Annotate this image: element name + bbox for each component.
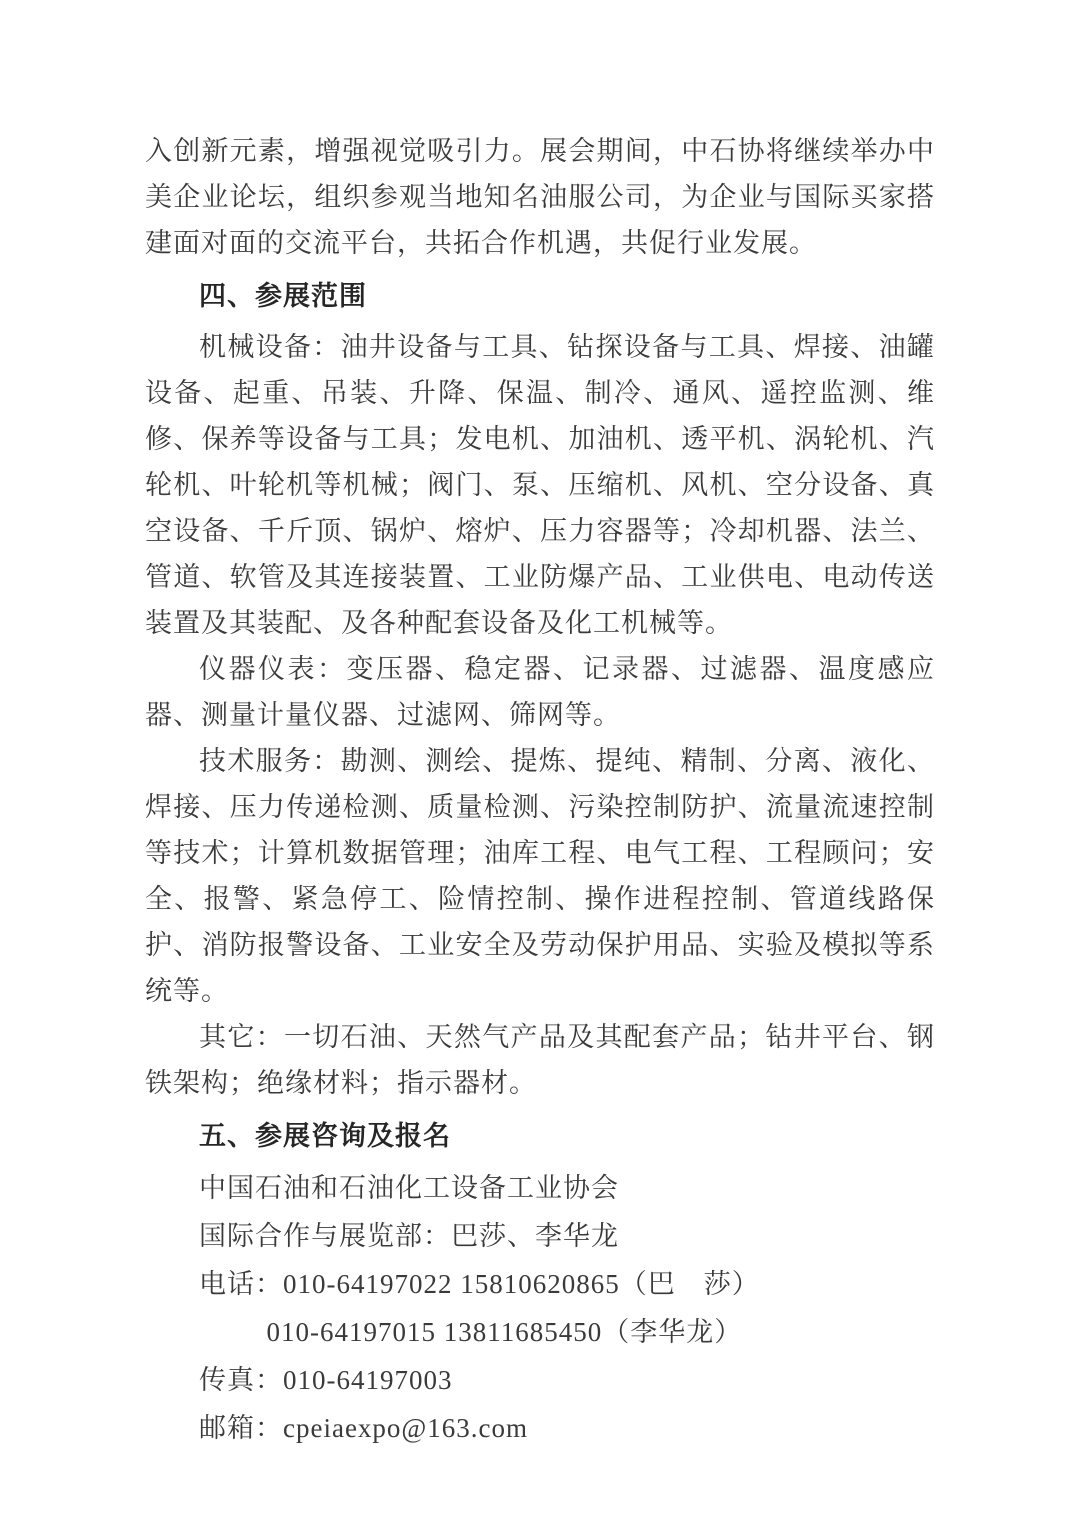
section-heading-exhibit-scope: 四、参展范围: [145, 273, 935, 319]
document-page: 入创新元素，增强视觉吸引力。展会期间，中石协将继续举办中美企业论坛，组织参观当地…: [0, 0, 1080, 1527]
contact-fax-number: 传真：010-64197003: [145, 1356, 935, 1404]
contact-department-names: 国际合作与展览部：巴莎、李华龙: [145, 1212, 935, 1260]
contact-phone-line-1: 电话：010-64197022 15810620865（巴 莎）: [145, 1260, 935, 1308]
contact-organization-name: 中国石油和石油化工设备工业协会: [145, 1164, 935, 1212]
paragraph-instruments-meters: 仪器仪表：变压器、稳定器、记录器、过滤器、温度感应器、测量计量仪器、过滤网、筛网…: [145, 646, 935, 738]
paragraph-other-products: 其它：一切石油、天然气产品及其配套产品；钻井平台、钢铁架构；绝缘材料；指示器材。: [145, 1014, 935, 1106]
contact-phone-line-2: 010-64197015 13811685450（李华龙）: [145, 1308, 935, 1356]
contact-email-address: 邮箱：cpeiaexpo@163.com: [145, 1404, 935, 1452]
paragraph-technical-services: 技术服务：勘测、测绘、提炼、提纯、精制、分离、液化、焊接、压力传递检测、质量检测…: [145, 738, 935, 1014]
paragraph-machinery-equipment: 机械设备：油井设备与工具、钻探设备与工具、焊接、油罐设备、起重、吊装、升降、保温…: [145, 324, 935, 646]
paragraph-intro-continuation: 入创新元素，增强视觉吸引力。展会期间，中石协将继续举办中美企业论坛，组织参观当地…: [145, 128, 935, 266]
document-content: 入创新元素，增强视觉吸引力。展会期间，中石协将继续举办中美企业论坛，组织参观当地…: [145, 128, 935, 1452]
section-heading-registration: 五、参展咨询及报名: [145, 1113, 935, 1159]
